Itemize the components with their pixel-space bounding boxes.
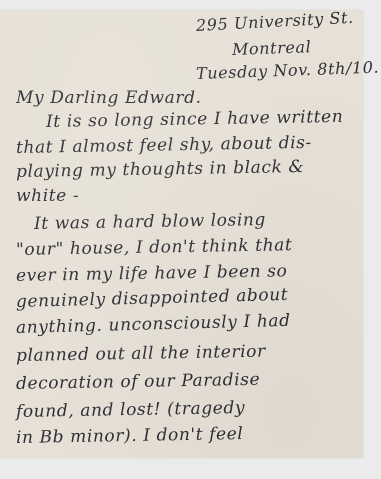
body-line: white - <box>16 186 79 206</box>
letter-page: 295 University St. Montreal Tuesday Nov.… <box>0 10 363 458</box>
body-line: "our" house, I don't think that <box>16 235 293 260</box>
body-line: planned out all the interior <box>16 342 266 366</box>
body-line: genuinely disappointed about <box>16 285 289 312</box>
body-line: It is so long since I have written <box>46 107 344 132</box>
address-line-2: Montreal <box>232 37 312 59</box>
address-line-1: 295 University St. <box>196 8 355 35</box>
body-line: anything. unconsciously I had <box>16 311 291 338</box>
letter-date: Tuesday Nov. 8th/10. <box>196 58 380 83</box>
body-line: decoration of our Paradise <box>16 370 261 394</box>
body-line: that I almost feel shy, about dis- <box>16 133 312 158</box>
body-line: ever in my life have I been so <box>16 261 288 286</box>
body-line: It was a hard blow losing <box>34 210 266 234</box>
body-line: in Bb minor). I don't feel <box>16 424 244 448</box>
body-line: playing my thoughts in black & <box>16 157 305 182</box>
body-line: found, and lost! (tragedy <box>16 398 245 422</box>
salutation: My Darling Edward. <box>16 88 202 108</box>
